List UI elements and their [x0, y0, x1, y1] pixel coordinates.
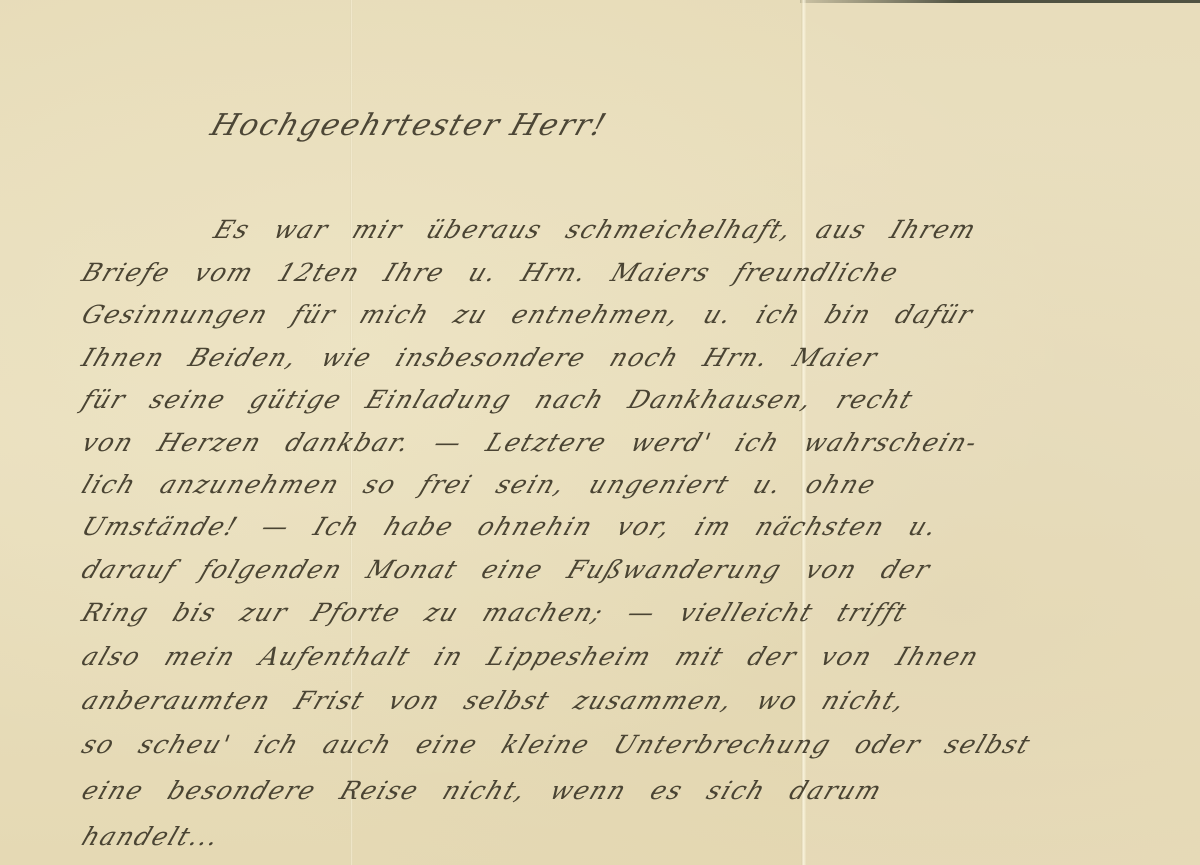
letter-line: lich anzunehmen so frei sein, ungeniert … [78, 470, 1199, 499]
letter-line: von Herzen dankbar. — Letztere werd' ich… [78, 428, 1199, 457]
letter-page: Hochgeehrtester Herr! Es war mir überaus… [0, 0, 1200, 865]
letter-line: also mein Aufenthalt in Lippesheim mit d… [78, 642, 1199, 671]
letter-line: Ihnen Beiden, wie insbesondere noch Hrn.… [78, 343, 1199, 372]
handwritten-letter: Hochgeehrtester Herr! Es war mir überaus… [0, 0, 1200, 865]
letter-line: Es war mir überaus schmeichelhaft, aus I… [210, 215, 1200, 244]
letter-line: Ring bis zur Pforte zu machen; — viellei… [78, 598, 1199, 627]
letter-line: darauf folgenden Monat eine Fußwanderung… [78, 555, 1199, 584]
salutation: Hochgeehrtester Herr! [206, 108, 612, 143]
letter-line: so scheu' ich auch eine kleine Unterbrec… [78, 730, 1199, 759]
letter-line: Umstände! — Ich habe ohnehin vor, im näc… [78, 512, 1199, 541]
letter-line: eine besondere Reise nicht, wenn es sich… [78, 776, 1199, 805]
letter-line: für seine gütige Einladung nach Dankhaus… [78, 385, 1199, 414]
letter-line: Briefe vom 12ten Ihre u. Hrn. Maiers fre… [78, 258, 1199, 287]
letter-line: anberaumten Frist von selbst zusammen, w… [78, 686, 1199, 715]
letter-line: Gesinnungen für mich zu entnehmen, u. ic… [78, 300, 1199, 329]
letter-line: handelt... [78, 822, 1199, 851]
